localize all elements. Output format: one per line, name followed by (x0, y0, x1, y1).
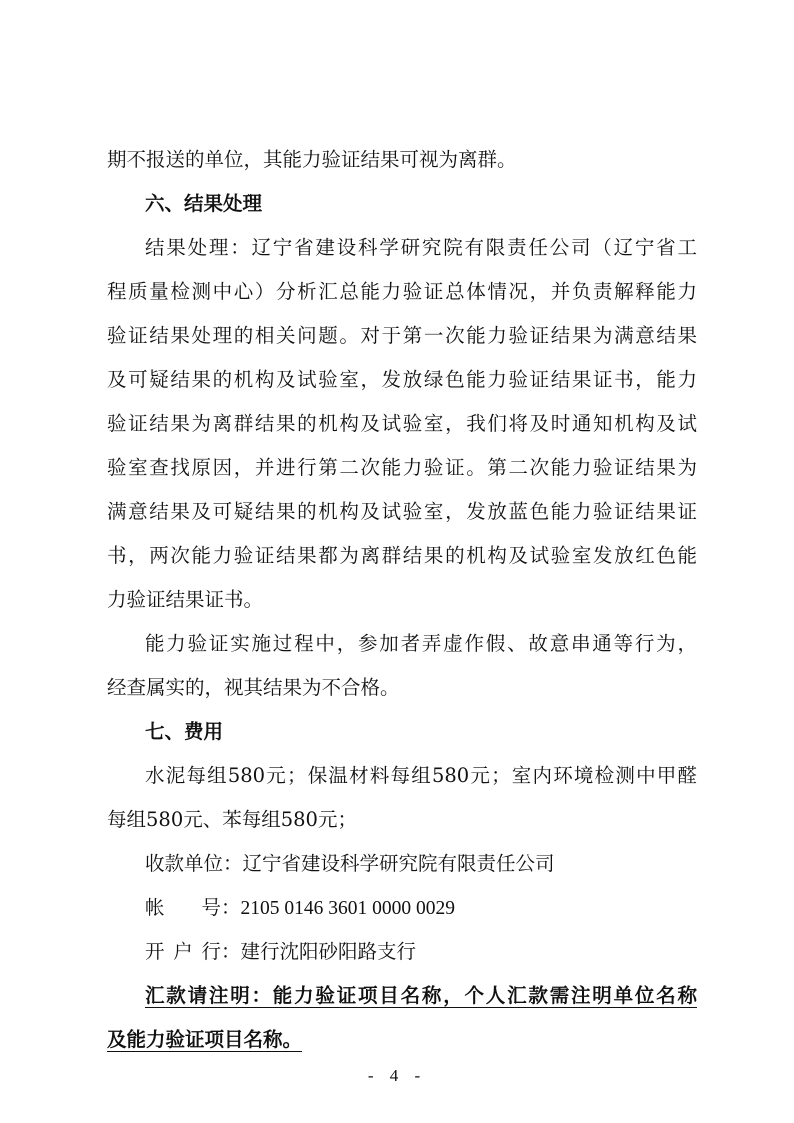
paragraph-line: 及可疑结果的机构及试验室，发放绿色能力验证结果证书，能力 (107, 366, 697, 394)
bank-colon: ： (221, 940, 241, 963)
section-heading-fees: 七、费用 (145, 718, 223, 746)
paragraph-line: 书，两次能力验证结果都为离群结果的机构及试验室发放红色能 (107, 542, 697, 570)
page-number: - 4 - (0, 1066, 794, 1086)
paragraph-line: 力验证结果证书。 (107, 586, 263, 614)
paragraph-line: 能力验证实施过程中，参加者弄虚作假、故意串通等行为， (145, 630, 697, 658)
remittance-note: 及能力验证项目名称。 (107, 1026, 302, 1054)
payee-label: 收款单位： (145, 852, 243, 875)
paragraph-line: 验证结果处理的相关问题。对于第一次能力验证结果为满意结果 (107, 322, 697, 350)
bank-value: 建行沈阳砂阳路支行 (241, 940, 417, 963)
paragraph-line: 程质量检测中心）分析汇总能力验证总体情况，并负责解释能力 (107, 278, 697, 306)
payee-value: 辽宁省建设科学研究院有限责任公司 (243, 852, 555, 875)
paragraph-line: 验证结果为离群结果的机构及试验室，我们将及时通知机构及试 (107, 410, 697, 438)
paragraph-line: 期不报送的单位，其能力验证结果可视为离群。 (107, 146, 517, 174)
fee-line: 水泥每组580元；保温材料每组580元；室内环境检测中甲醛 (145, 762, 697, 790)
paragraph-line: 验室查找原因，并进行第二次能力验证。第二次能力验证结果为 (107, 454, 697, 482)
account-number: 2105 0146 3601 0000 0029 (241, 898, 456, 919)
account-colon: ： (221, 896, 241, 919)
remittance-note: 汇款请注明：能力验证项目名称，个人汇款需注明单位名称 (145, 982, 697, 1010)
paragraph-line: 经查属实的，视其结果为不合格。 (107, 674, 400, 702)
section-heading-results: 六、结果处理 (145, 190, 262, 218)
remittance-note-line: 及能力验证项目名称。 (107, 1028, 302, 1051)
account-label: 帐号 (145, 894, 221, 922)
bank-row: 开户行：建行沈阳砂阳路支行 (145, 938, 416, 966)
remittance-note-line: 汇款请注明：能力验证项目名称，个人汇款需注明单位名称 (145, 984, 697, 1007)
payee-row: 收款单位：辽宁省建设科学研究院有限责任公司 (145, 850, 555, 878)
account-row: 帐号：2105 0146 3601 0000 0029 (145, 894, 455, 923)
fee-line: 每组580元、苯每组580元； (107, 806, 357, 834)
paragraph-line: 满意结果及可疑结果的机构及试验室，发放蓝色能力验证结果证 (107, 498, 697, 526)
bank-label: 开户行 (145, 938, 221, 966)
paragraph-line: 结果处理：辽宁省建设科学研究院有限责任公司（辽宁省工 (145, 234, 697, 262)
